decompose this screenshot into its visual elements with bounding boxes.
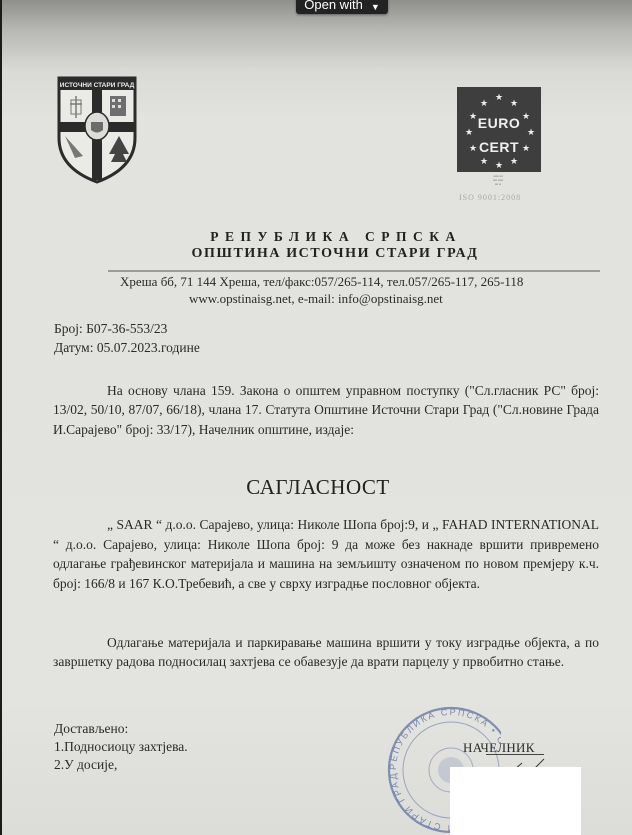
- eurocert-word-2: CERT: [457, 139, 541, 155]
- preamble-text: На основу члана 159. Закона о општем упр…: [53, 383, 599, 437]
- iso-standard: ISO 9001:2008: [459, 193, 521, 202]
- viewer-edge: [0, 0, 2, 835]
- recipient-item: 2.У досије,: [54, 756, 188, 774]
- crest-banner-text: ИСТОЧНИ СТАРИ ГРАД: [60, 82, 135, 89]
- signature-line: [486, 754, 544, 755]
- document-title: САГЛАСНОСТ: [0, 475, 632, 500]
- country-heading: РЕПУБЛИКА СРПСКА: [0, 229, 632, 245]
- header-divider: [108, 270, 600, 272]
- condition-paragraph: Одлагање материјала и паркиравање машина…: [53, 633, 599, 672]
- preamble-paragraph: На основу члана 159. Закона о општем упр…: [53, 381, 599, 439]
- municipality-heading: ОПШТИНА ИСТОЧНИ СТАРИ ГРАД: [0, 246, 632, 262]
- document-viewer: Open with ▼ ИСТОЧНИ СТАРИ ГРАД ★ ★ ★ ★ ★…: [0, 0, 632, 835]
- open-with-button[interactable]: Open with ▼: [296, 0, 388, 14]
- document-date: Датум: 05.07.2023.године: [54, 340, 200, 356]
- municipality-crest-icon: ИСТОЧНИ СТАРИ ГРАД: [57, 76, 137, 184]
- delivery-list: Достављено: 1.Подносиоцу захтјева. 2.У д…: [54, 720, 188, 774]
- eurocert-fineprint: ▪▪▪▪▪ ▪▪▪▪▪▪▪ ▪▪▪▪▪▪▪▪ ▪▪: [470, 174, 526, 186]
- reference-number: Број: Б07-36-553/23: [54, 321, 167, 337]
- consent-paragraph: „ SAAR “ д.о.о. Сарајево, улица: Николе …: [53, 515, 599, 593]
- condition-text: Одлагање материјала и паркиравање машина…: [53, 635, 599, 669]
- eurocert-logo: ★ ★ ★ ★ ★ ★ ★ ★ ★ ★ ★ ★ EURO CERT: [457, 87, 541, 172]
- contact-line: www.opstinaisg.net, e-mail: info@opstina…: [189, 291, 443, 307]
- chevron-down-icon: ▼: [371, 2, 380, 12]
- delivered-label: Достављено:: [54, 720, 188, 738]
- open-with-label: Open with: [304, 0, 363, 12]
- address-line: Хреша бб, 71 144 Хреша, тел/факс:057/265…: [120, 274, 523, 290]
- eurocert-word-1: EURO: [457, 115, 541, 131]
- consent-text: „ SAAR “ д.о.о. Сарајево, улица: Николе …: [53, 517, 599, 591]
- redacted-signature: [450, 767, 581, 835]
- recipient-item: 1.Подносиоцу захтјева.: [54, 738, 188, 756]
